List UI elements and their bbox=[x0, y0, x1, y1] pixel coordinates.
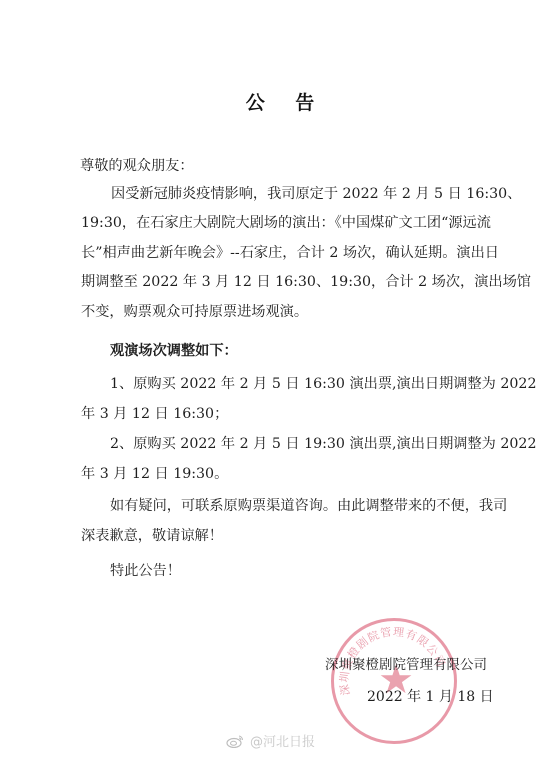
paragraph-1-line-5: 不变，购票观众可持原票进场观演。 bbox=[81, 303, 308, 321]
paragraph-3-line-1: 如有疑问，可联系原购票渠道咨询。由此调整带来的不便，我司 bbox=[110, 497, 507, 515]
paragraph-1-line-2: 19:30，在石家庄大剧院大剧场的演出：《中国煤矿文工团“源远流 bbox=[81, 214, 491, 232]
watermark-text: @河北日报 bbox=[250, 731, 315, 750]
adjustment-item-1-line-1: 1、原购买 2022 年 2 月 5 日 16:30 演出票,演出日期调整为 2… bbox=[110, 375, 536, 393]
signature-company: 深圳聚橙剧院管理有限公司 bbox=[325, 656, 487, 674]
weibo-icon bbox=[226, 734, 244, 748]
adjustment-item-2-line-1: 2、原购买 2022 年 2 月 5 日 19:30 演出票,演出日期调整为 2… bbox=[110, 435, 536, 453]
paragraph-1-line-1: 因受新冠肺炎疫情影响，我司原定于 2022 年 2 月 5 日 16:30、 bbox=[111, 185, 521, 203]
paragraph-1-line-3: 长”相声曲艺新年晚会》--石家庄，合计 2 场次，确认延期。演出日 bbox=[81, 244, 499, 262]
signature-date: 2022 年 1 月 18 日 bbox=[367, 688, 494, 706]
announcement-page: 公 告 尊敬的观众朋友： 因受新冠肺炎疫情影响，我司原定于 2022 年 2 月… bbox=[0, 0, 560, 760]
closing-statement: 特此公告！ bbox=[110, 562, 181, 580]
page-title: 公 告 bbox=[0, 88, 560, 115]
adjustment-item-1-line-2: 年 3 月 12 日 16:30； bbox=[81, 405, 228, 423]
adjustment-item-2-line-2: 年 3 月 12 日 19:30。 bbox=[81, 465, 228, 483]
paragraph-1-line-4: 期调整至 2022 年 3 月 12 日 16:30、19:30，合计 2 场次… bbox=[81, 273, 531, 291]
paragraph-3-line-2: 深表歉意，敬请谅解！ bbox=[81, 527, 223, 545]
seal-arc-text-icon: 深圳聚橙剧院管理有限公司 bbox=[331, 618, 457, 744]
adjustment-heading: 观演场次调整如下： bbox=[110, 342, 238, 360]
salutation: 尊敬的观众朋友： bbox=[80, 157, 194, 175]
watermark: @河北日报 bbox=[226, 731, 315, 750]
official-seal bbox=[331, 618, 457, 744]
